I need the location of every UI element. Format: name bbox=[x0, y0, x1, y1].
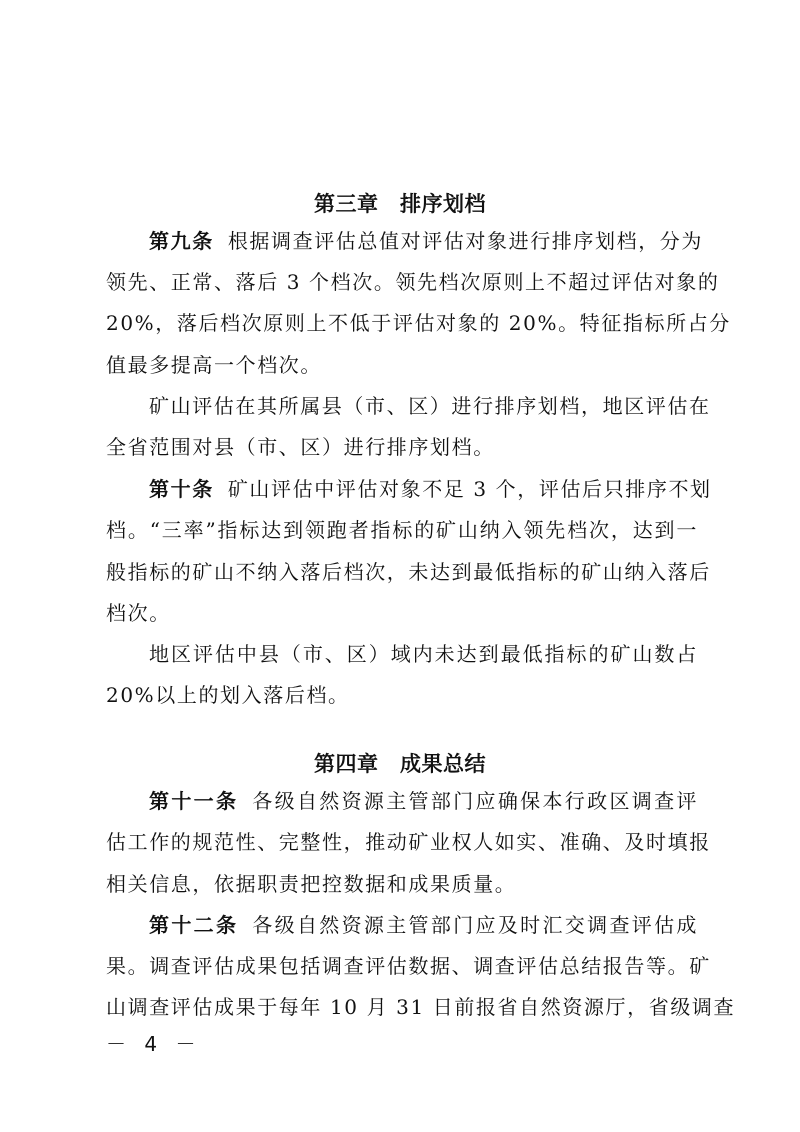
page-number: － 4 － bbox=[106, 1028, 201, 1057]
article-9-line-1: 第九条根据调查评估总值对评估对象进行排序划档，分为 bbox=[149, 228, 698, 254]
article-12-line-1: 第十二条各级自然资源主管部门应及时汇交调查评估成 bbox=[149, 912, 698, 938]
mine-para-line-1: 矿山评估在其所属县（市、区）进行排序划档，地区评估在 bbox=[149, 393, 698, 419]
article-11-line-3: 相关信息，依据职责把控数据和成果质量。 bbox=[106, 871, 698, 897]
document-page: 第三章 排序划档 第九条根据调查评估总值对评估对象进行排序划档，分为 领先、正常… bbox=[0, 0, 800, 1132]
article-12-line-2: 果。调查评估成果包括调查评估数据、调查评估总结报告等。矿 bbox=[106, 953, 698, 979]
region-para-line-2: 20%以上的划入落后档。 bbox=[106, 682, 698, 708]
chapter-3-heading: 第三章 排序划档 bbox=[0, 188, 800, 218]
article-10-line-1: 第十条矿山评估中评估对象不足 3 个，评估后只排序不划 bbox=[149, 476, 698, 502]
mine-para-line-2: 全省范围对县（市、区）进行排序划档。 bbox=[106, 434, 698, 460]
article-9-line-2: 领先、正常、落后 3 个档次。领先档次原则上不超过评估对象的 bbox=[106, 269, 698, 295]
article-10-line-3: 般指标的矿山不纳入落后档次，未达到最低指标的矿山纳入落后 bbox=[106, 559, 698, 585]
article-9-label: 第九条 bbox=[149, 229, 214, 253]
chapter-4-heading: 第四章 成果总结 bbox=[0, 748, 800, 778]
article-11-label: 第十一条 bbox=[149, 789, 238, 813]
article-10-line-4: 档次。 bbox=[106, 600, 698, 626]
article-10-label: 第十条 bbox=[149, 477, 214, 501]
article-9-line-4: 值最多提高一个档次。 bbox=[106, 352, 698, 378]
region-para-line-1: 地区评估中县（市、区）域内未达到最低指标的矿山数占 bbox=[149, 641, 698, 667]
article-12-line-3: 山调查评估成果于每年 10 月 31 日前报省自然资源厅，省级调查 bbox=[106, 994, 698, 1020]
article-11-line-1: 第十一条各级自然资源主管部门应确保本行政区调查评 bbox=[149, 788, 698, 814]
article-10-line-2: 档。“三率”指标达到领跑者指标的矿山纳入领先档次，达到一 bbox=[106, 517, 698, 543]
article-9-line-3: 20%，落后档次原则上不低于评估对象的 20%。特征指标所占分 bbox=[106, 310, 698, 336]
article-11-line-2: 估工作的规范性、完整性，推动矿业权人如实、准确、及时填报 bbox=[106, 829, 698, 855]
article-12-label: 第十二条 bbox=[149, 913, 238, 937]
